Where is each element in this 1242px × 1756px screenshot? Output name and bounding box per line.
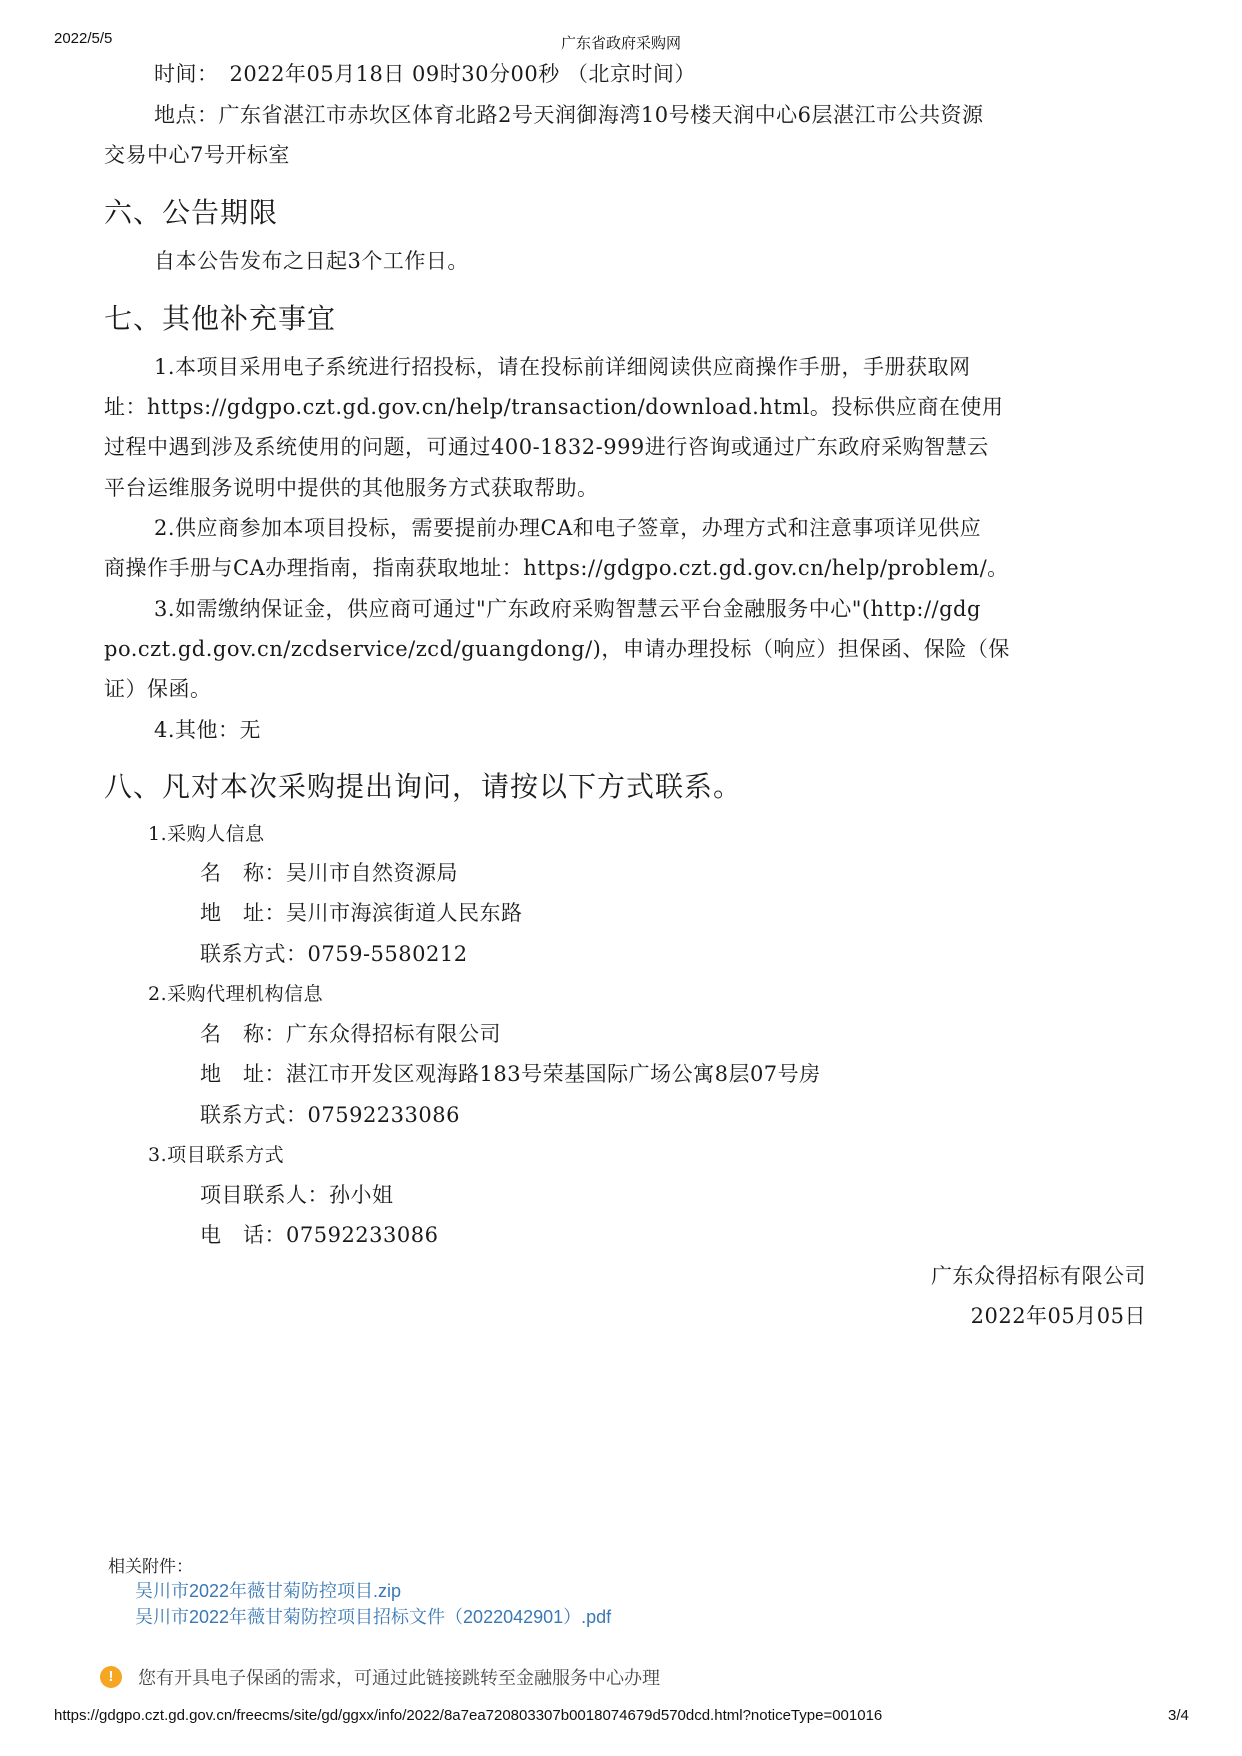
guarantee-notice-link[interactable]: ! 您有开具电子保函的需求，可通过此链接跳转至金融服务中心办理 [100,1663,660,1691]
notice-text[interactable]: 您有开具电子保函的需求，可通过此链接跳转至金融服务中心办理 [138,1664,660,1690]
attachments-label: 相关附件： [108,1552,193,1577]
supplementary-line: 证）保函。 [104,675,212,703]
project-contact-title: 3.项目联系方式 [148,1141,284,1169]
supplementary-line: 平台运维服务说明中提供的其他服务方式获取帮助。 [104,474,599,502]
purchaser-name: 名 称：吴川市自然资源局 [200,859,458,887]
opening-location-cont: 交易中心7号开标室 [104,141,290,169]
warning-icon: ! [100,1666,122,1688]
supplementary-line: 4.其他：无 [154,716,261,744]
purchaser-title: 1.采购人信息 [148,820,265,848]
supplementary-line: 址：https://gdgpo.czt.gd.gov.cn/help/trans… [104,393,1003,421]
agency-contact: 联系方式：07592233086 [200,1101,460,1129]
purchaser-address: 地 址：吴川市海滨街道人民东路 [200,899,523,927]
opening-time: 时间： 2022年05月18日 09时30分00秒 （北京时间） [154,60,696,88]
site-title: 广东省政府采购网 [0,32,1242,53]
purchaser-contact: 联系方式：0759-5580212 [200,940,468,968]
agency-title: 2.采购代理机构信息 [148,980,323,1008]
agency-address: 地 址：湛江市开发区观海路183号荣基国际广场公寓8层07号房 [200,1060,821,1088]
print-header: 2022/5/5 广东省政府采购网 [0,30,1242,50]
supplementary-line: 过程中遇到涉及系统使用的问题，可通过400-1832-999进行咨询或通过广东政… [104,433,989,461]
section-heading-contact: 八、凡对本次采购提出询问，请按以下方式联系。 [104,770,742,804]
section-heading-announcement-period: 六、公告期限 [104,196,278,230]
supplementary-line: 商操作手册与CA办理指南，指南获取地址：https://gdgpo.czt.gd… [104,554,1009,582]
supplementary-line: 2.供应商参加本项目投标，需要提前办理CA和电子签章，办理方式和注意事项详见供应 [154,514,981,542]
signature-company: 广东众得招标有限公司 [931,1262,1146,1290]
supplementary-line: po.czt.gd.gov.cn/zcdservice/zcd/guangdon… [104,635,1010,663]
attachment-link-zip[interactable]: 吴川市2022年薇甘菊防控项目.zip [135,1577,401,1603]
page-url: https://gdgpo.czt.gd.gov.cn/freecms/site… [54,1707,882,1724]
supplementary-line: 3.如需缴纳保证金，供应商可通过"广东政府采购智慧云平台金融服务中心"(http… [154,595,981,623]
supplementary-line: 1.本项目采用电子系统进行招投标，请在投标前详细阅读供应商操作手册，手册获取网 [154,353,971,381]
opening-location: 地点：广东省湛江市赤坎区体育北路2号天润御海湾10号楼天润中心6层湛江市公共资源 [154,101,983,129]
agency-name: 名 称：广东众得招标有限公司 [200,1020,501,1048]
page-number: 3/4 [1168,1707,1189,1724]
project-contact-phone: 电 话：07592233086 [200,1221,438,1249]
attachment-link-pdf[interactable]: 吴川市2022年薇甘菊防控项目招标文件（2022042901）.pdf [135,1603,611,1629]
signature-date: 2022年05月05日 [971,1302,1146,1330]
project-contact-person: 项目联系人：孙小姐 [200,1181,394,1209]
announcement-period-text: 自本公告发布之日起3个工作日。 [154,247,469,275]
section-heading-supplementary: 七、其他补充事宜 [104,302,336,336]
